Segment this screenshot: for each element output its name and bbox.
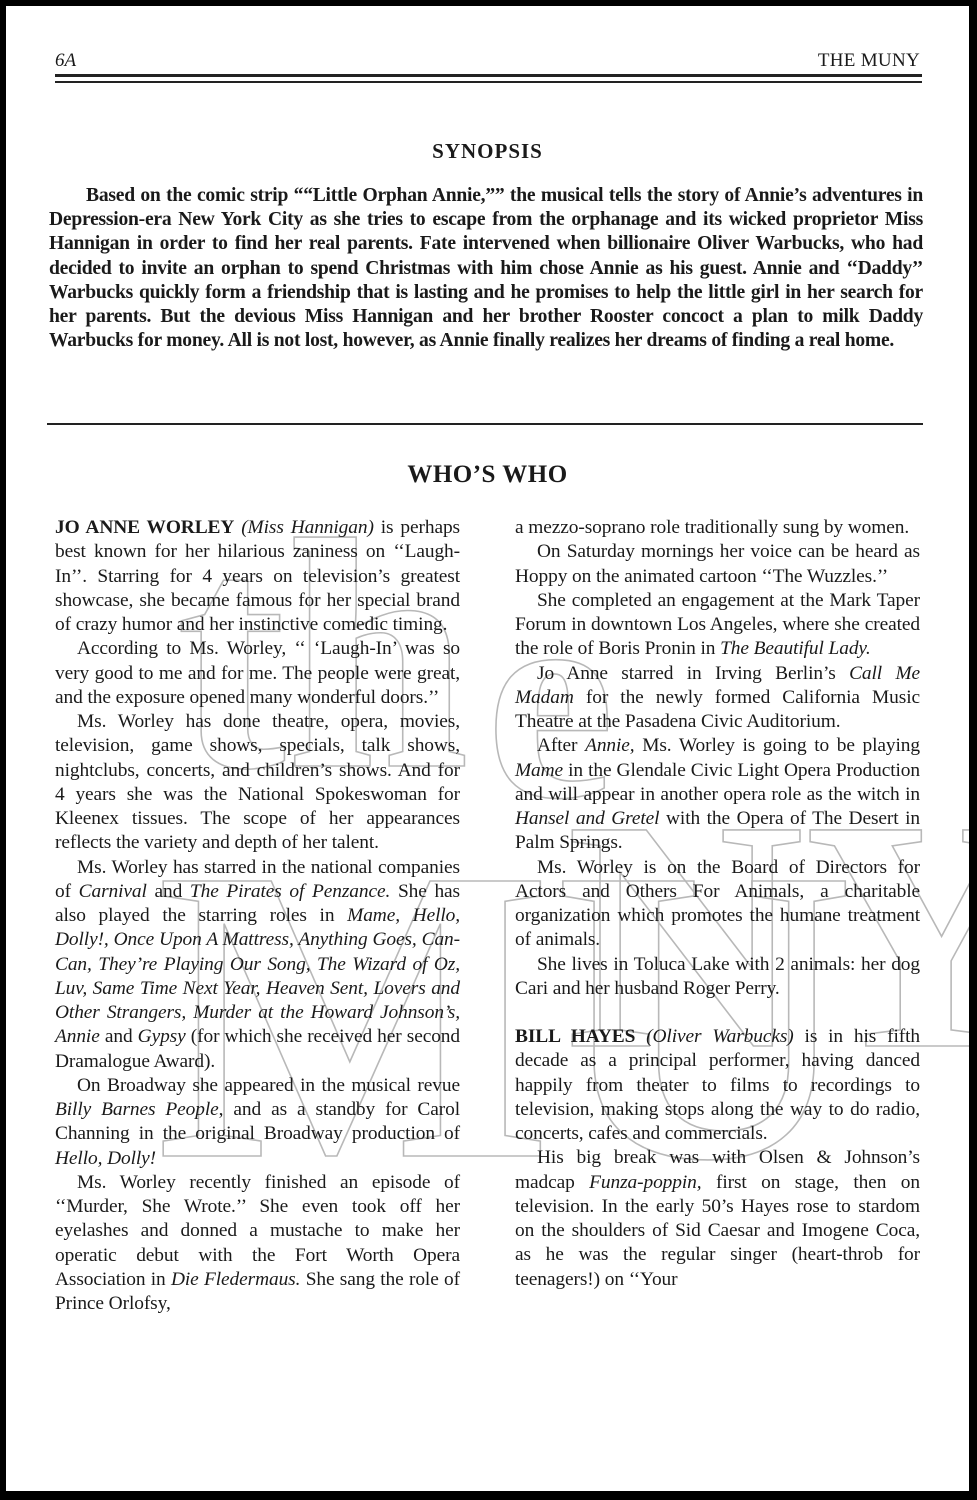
bio-paragraph: His big break was with Olsen & Johnson’s… xyxy=(515,1146,920,1292)
whos-who-heading: WHO’S WHO xyxy=(6,461,969,489)
running-head: 6A THE MUNY xyxy=(55,46,920,76)
bio-paragraph: JO ANNE WORLEY (Miss Hannigan) is perhap… xyxy=(55,516,460,637)
bio-paragraph: After Annie, Ms. Worley is going to be p… xyxy=(515,734,920,855)
synopsis-heading: SYNOPSIS xyxy=(6,139,969,164)
header-rule-top xyxy=(55,74,922,77)
bio-paragraph: Ms. Worley recently finished an episode … xyxy=(55,1171,460,1317)
synopsis-body: Based on the comic strip ““Little Orphan… xyxy=(49,184,923,353)
bio-paragraph: According to Ms. Worley, ‘‘ ‘Laugh-In’ w… xyxy=(55,637,460,710)
bio-paragraph: Jo Anne starred in Irving Berlin’s Call … xyxy=(515,662,920,735)
bio-role: (Oliver Warbucks) xyxy=(646,1026,794,1047)
bio-role: (Miss Hannigan) xyxy=(241,517,374,538)
header-rule-bottom xyxy=(55,81,922,83)
section-divider xyxy=(47,423,923,425)
bio-paragraph: She lives in Toluca Lake with 2 animals:… xyxy=(515,953,920,1002)
bio-name: JO ANNE WORLEY xyxy=(55,517,234,538)
bio-name: BILL HAYES xyxy=(515,1026,635,1047)
bio-paragraph: Ms. Worley has done theatre, opera, movi… xyxy=(55,710,460,856)
bio-paragraph-continued: a mezzo-soprano role traditionally sung … xyxy=(515,516,920,540)
publication-name: THE MUNY xyxy=(818,50,920,72)
program-page: th e MU NY 6A THE MUNY SYNOPSIS Based on… xyxy=(6,6,969,1491)
bio-paragraph: She completed an engagement at the Mark … xyxy=(515,589,920,662)
bio-column-right: a mezzo-soprano role traditionally sung … xyxy=(515,516,920,1292)
page-number: 6A xyxy=(55,50,76,72)
bio-paragraph: BILL HAYES (Oliver Warbucks) is in his f… xyxy=(515,1025,920,1146)
bio-paragraph: Ms. Worley is on the Board of Directors … xyxy=(515,856,920,953)
bio-paragraph: On Saturday mornings her voice can be he… xyxy=(515,540,920,589)
bio-paragraph: Ms. Worley has starred in the national c… xyxy=(55,856,460,1074)
bio-column-left: JO ANNE WORLEY (Miss Hannigan) is perhap… xyxy=(55,516,460,1316)
bio-paragraph: On Broadway she appeared in the musical … xyxy=(55,1074,460,1171)
